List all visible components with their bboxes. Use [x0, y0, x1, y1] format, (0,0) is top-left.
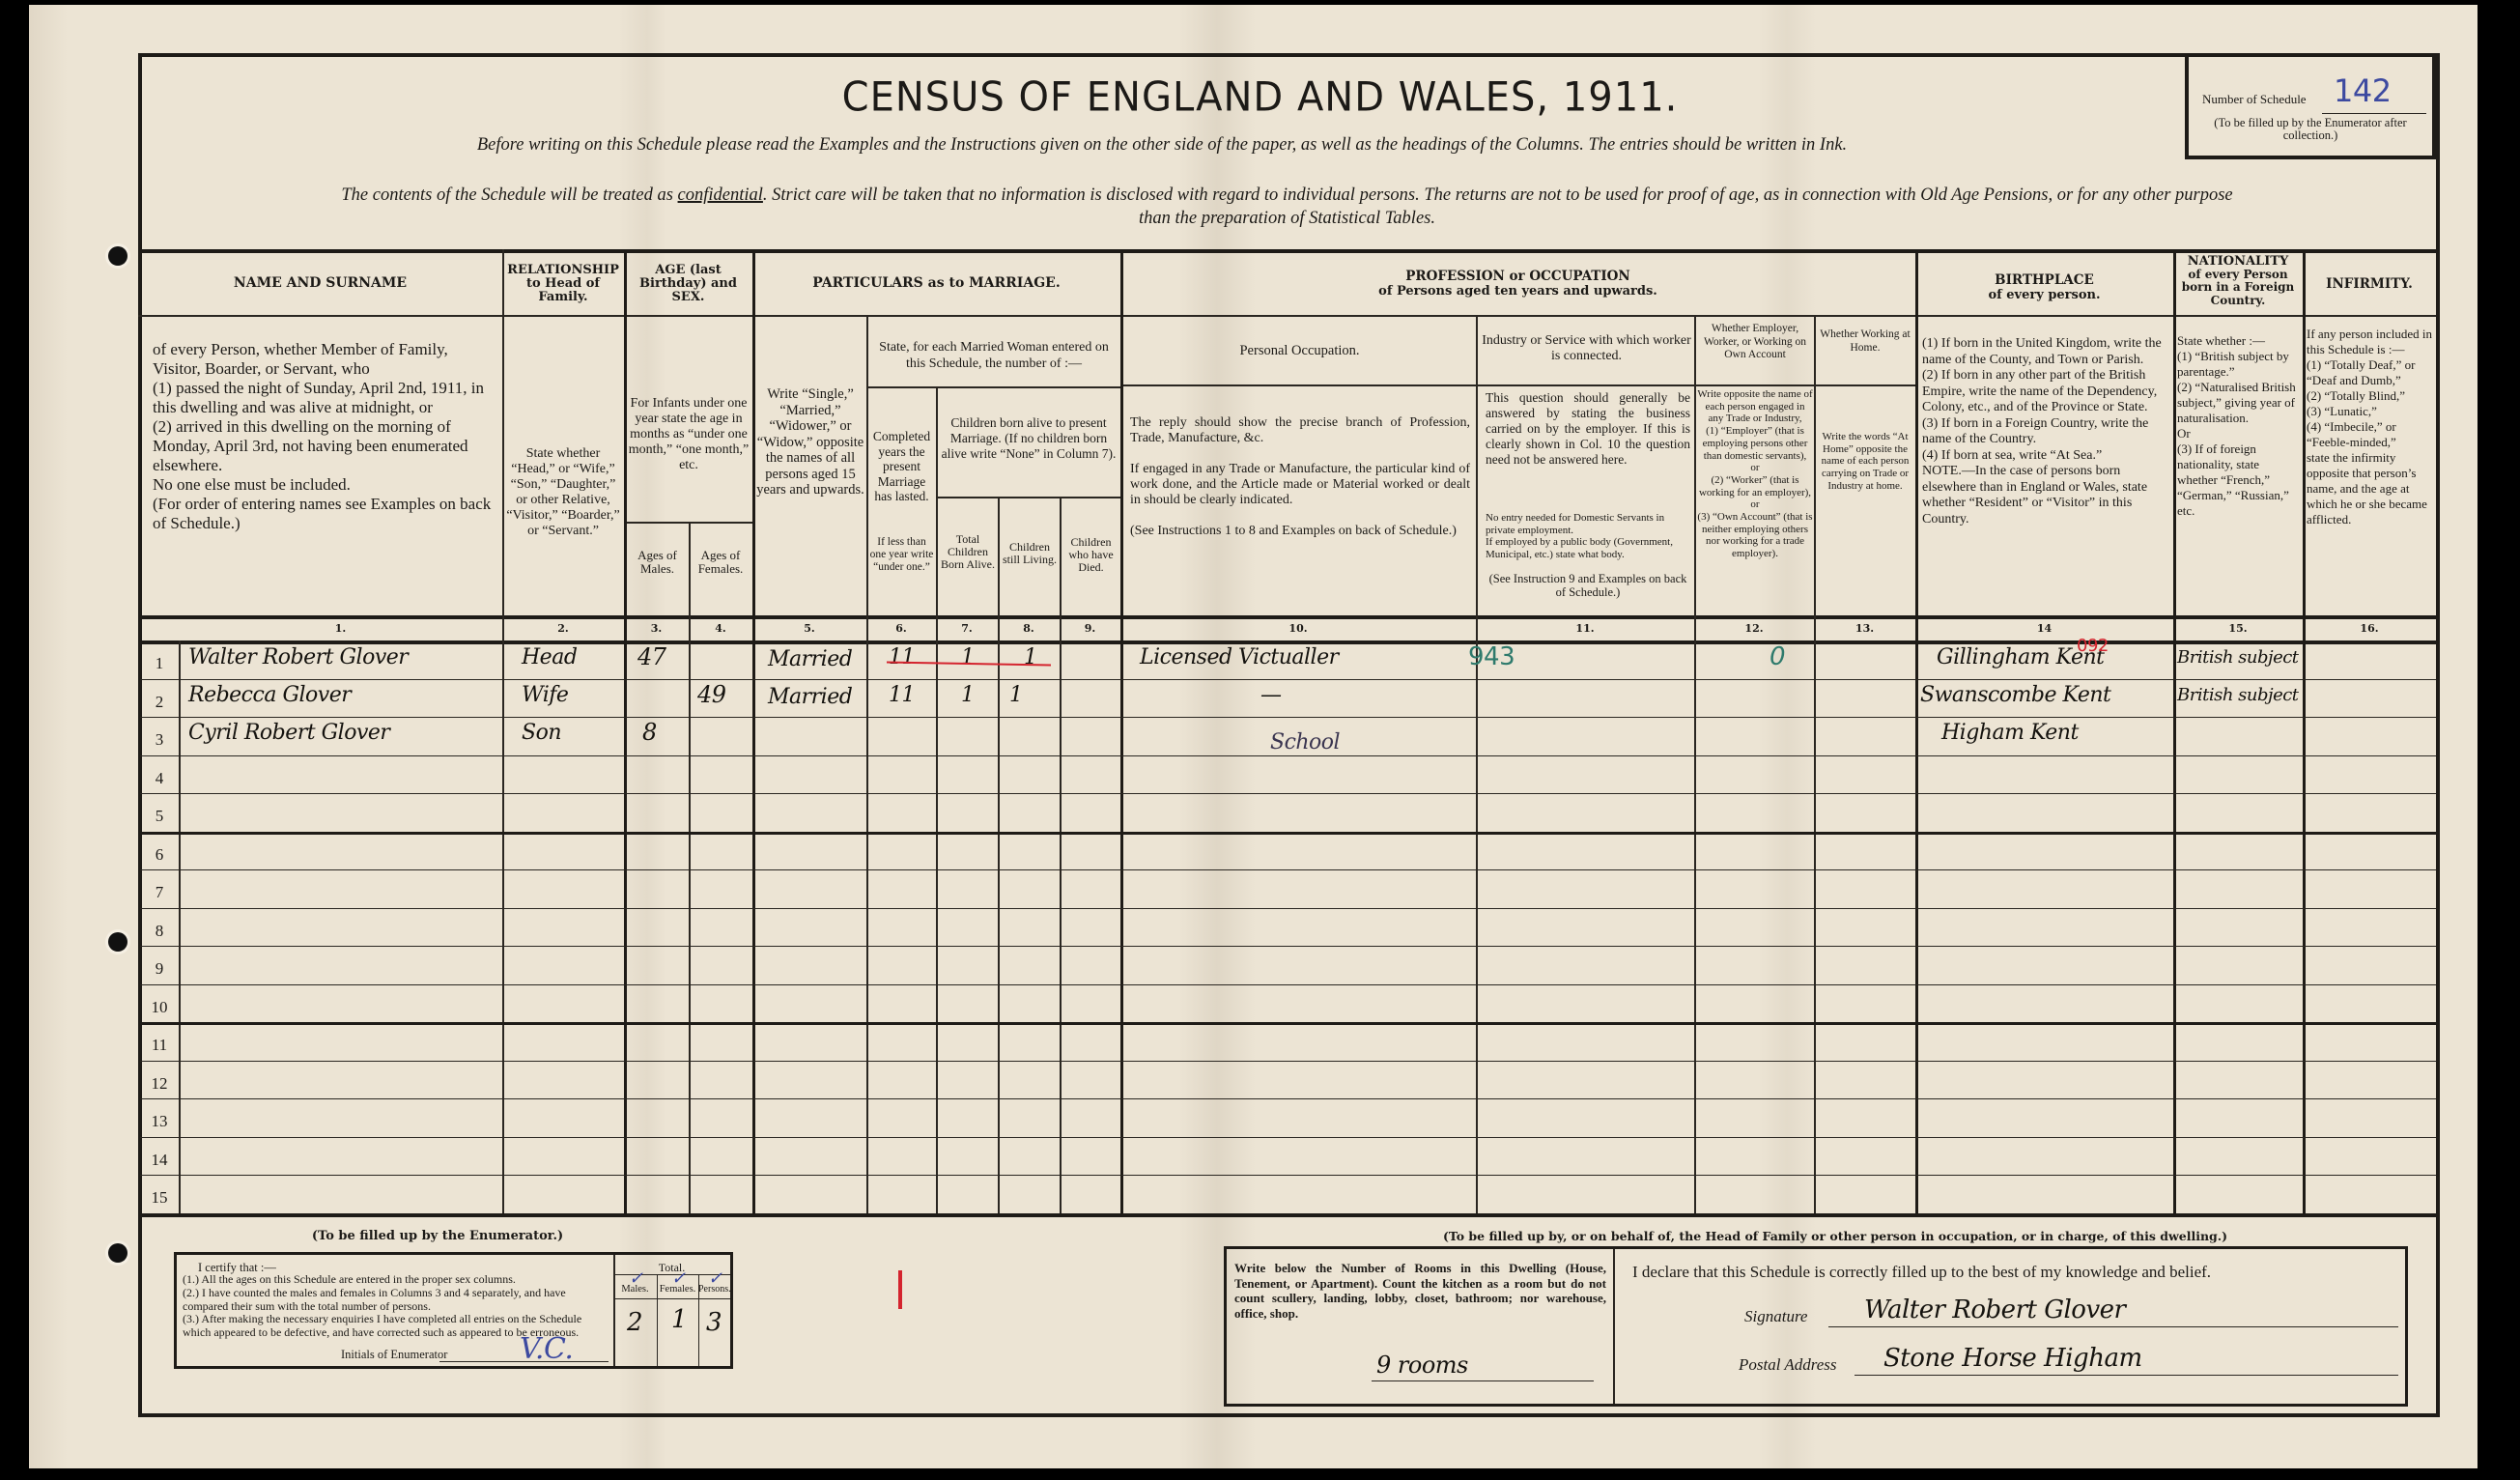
row-number: 7 — [140, 883, 179, 902]
subheader-industry-ref: (See Instruction 9 and Examples on back … — [1486, 572, 1690, 599]
row-number: 11 — [140, 1036, 179, 1055]
row-number: 1 — [140, 654, 179, 673]
row-number: 13 — [140, 1112, 179, 1131]
row-number: 8 — [140, 922, 179, 941]
cell-age-male[interactable]: 47 — [637, 643, 666, 670]
cell-industry-code[interactable]: 943 — [1468, 642, 1515, 671]
punch-hole — [108, 246, 127, 266]
postal-address-value[interactable]: Stone Horse Higham — [1883, 1344, 2142, 1373]
row-divider — [140, 1098, 2436, 1099]
enumerator-heading: (To be filled up by the Enumerator.) — [138, 1229, 737, 1243]
document-title: CENSUS OF ENGLAND AND WALES, 1911. — [0, 74, 2520, 121]
cell-occupation[interactable]: Licensed Victualler — [1140, 645, 1339, 669]
subheader-marital: Write “Single,” “Married,” “Widower,” or… — [755, 386, 865, 498]
cell-age-male[interactable]: 8 — [642, 719, 657, 746]
row-divider — [140, 679, 2436, 680]
row-divider — [140, 1175, 2436, 1176]
subheader-total-born: Total Children Born Alive. — [938, 533, 998, 571]
subheader-infirmity: If any person included in this Schedule … — [2307, 327, 2434, 527]
total-males[interactable]: 2 — [627, 1308, 642, 1337]
row-number: 2 — [140, 693, 179, 712]
signature-value[interactable]: Walter Robert Glover — [1864, 1295, 2125, 1324]
subheader-died: Children who have Died. — [1062, 536, 1120, 574]
subheader-age: For Infants under one year state the age… — [627, 396, 750, 473]
row-number: 4 — [140, 769, 179, 788]
subheader-children-born-group: Children born alive to present Marriage.… — [939, 415, 1118, 462]
cell-children-born[interactable]: 1 — [961, 645, 975, 669]
cell-years-married[interactable]: 11 — [889, 645, 915, 669]
subheader-years-married-note: If less than one year write “under one.” — [868, 536, 935, 574]
check-mark: ✓ — [708, 1268, 722, 1289]
schedule-number-box: Number of Schedule 142 (To be filled up … — [2185, 53, 2436, 159]
cell-children-living[interactable]: 1 — [1024, 645, 1037, 669]
household-heading: (To be filled up by, or on behalf of, th… — [1294, 1229, 2376, 1243]
subheader-employer-worker: Write opposite the name of each person e… — [1697, 388, 1813, 560]
cell-years-married[interactable]: 11 — [889, 683, 915, 707]
subheader-females: Ages of Females. — [689, 549, 752, 576]
confidential-line-2: than the preparation of Statistical Tabl… — [138, 209, 2436, 229]
subheader-industry-note: No entry needed for Domestic Servants in… — [1486, 512, 1690, 560]
confidential-word: confidential — [678, 185, 763, 205]
title-personal-occupation: Personal Occupation. — [1123, 343, 1476, 359]
row-number: 14 — [140, 1151, 179, 1170]
schedule-number-note: (To be filled up by the Enumerator after… — [2196, 117, 2424, 142]
header-infirmity: INFIRMITY. — [2303, 253, 2436, 315]
cell-marriage[interactable]: Married — [768, 685, 852, 709]
schedule-number-label: Number of Schedule — [2202, 92, 2307, 106]
cell-birthplace[interactable]: Higham Kent — [1941, 721, 2079, 745]
schedule-number-value[interactable]: 142 — [2334, 72, 2392, 109]
total-females[interactable]: 1 — [671, 1305, 687, 1334]
check-mark: ✓ — [629, 1268, 643, 1289]
signature-label: Signature — [1744, 1309, 1807, 1323]
cell-birthplace-code[interactable]: 092 — [2077, 636, 2109, 656]
row-number: 5 — [140, 807, 179, 826]
subheader-married-woman: State, for each Married Woman entered on… — [869, 340, 1118, 372]
row-number: 3 — [140, 730, 179, 750]
row-divider — [140, 755, 2436, 756]
postal-address-label: Postal Address — [1739, 1357, 1837, 1372]
cell-age-female[interactable]: 49 — [697, 681, 726, 708]
cell-nationality[interactable]: British subject — [2177, 685, 2299, 705]
header-occupation: PROFESSION or OCCUPATION of Persons aged… — [1120, 269, 1915, 299]
subheader-nationality: State whether :— (1) “British subject by… — [2177, 333, 2301, 519]
subheader-working-home: Write the words “At Home” opposite the n… — [1816, 431, 1914, 493]
cell-name[interactable]: Cyril Robert Glover — [188, 721, 389, 745]
cell-children-living[interactable]: 1 — [1009, 683, 1023, 707]
confidential-line: The contents of the Schedule will be tre… — [138, 185, 2436, 206]
header-marriage: PARTICULARS as to MARRIAGE. — [752, 251, 1120, 315]
header-name: NAME AND SURNAME — [138, 251, 502, 315]
cell-nationality[interactable]: British subject — [2177, 647, 2299, 668]
declaration: I declare that this Schedule is correctl… — [1632, 1265, 2211, 1279]
row-divider — [140, 946, 2436, 947]
cell-relationship[interactable]: Son — [522, 721, 561, 745]
cell-birthplace[interactable]: Swanscombe Kent — [1920, 683, 2110, 707]
subheader-relationship: State whether “Head,” or “Wife,” “Son,” … — [506, 446, 620, 539]
row-divider — [140, 908, 2436, 909]
row-divider — [140, 793, 2436, 794]
row-number: 12 — [140, 1074, 179, 1094]
row-divider — [140, 832, 2436, 835]
row-number: 10 — [140, 998, 179, 1017]
subheader-males: Ages of Males. — [626, 549, 689, 576]
subheader-years-married: Completed years the present Marriage has… — [868, 429, 935, 504]
subheader-name: of every Person, whether Member of Famil… — [153, 340, 496, 533]
cell-name[interactable]: Walter Robert Glover — [188, 645, 408, 669]
row-divider — [140, 869, 2436, 870]
cell-employer-status[interactable]: 0 — [1770, 642, 1785, 671]
punch-hole — [108, 1243, 127, 1263]
row-divider — [140, 1022, 2436, 1025]
title-working-home: Whether Working at Home. — [1816, 328, 1914, 355]
row-number: 9 — [140, 959, 179, 979]
header-age: AGE (last Birthday) and SEX. — [624, 253, 752, 315]
subheader-birthplace: (1) If born in the United Kingdom, write… — [1922, 336, 2169, 527]
cell-marriage[interactable]: Married — [768, 647, 852, 671]
row-divider — [140, 1061, 2436, 1062]
enumerator-box: I certify that :— (1.) All the ages on t… — [174, 1252, 733, 1369]
row-number: 15 — [140, 1188, 179, 1208]
household-box: Write below the Number of Rooms in this … — [1224, 1246, 2408, 1407]
row-divider — [140, 984, 2436, 985]
enumerator-initials[interactable]: V.C. — [520, 1332, 573, 1366]
title-employer-worker: Whether Employer, Worker, or Working on … — [1697, 323, 1813, 362]
title-industry: Industry or Service with which worker is… — [1479, 333, 1694, 364]
subheader-industry: This question should generally be answer… — [1486, 390, 1690, 468]
header-nationality: NATIONALITY of every Person born in a Fo… — [2173, 255, 2303, 307]
row-number: 6 — [140, 845, 179, 865]
punch-hole — [108, 932, 127, 952]
enumerator-initials-label: Initials of Enumerator — [341, 1348, 447, 1362]
total-persons[interactable]: 3 — [706, 1308, 722, 1337]
instruction-line: Before writing on this Schedule please r… — [138, 135, 2186, 156]
cell-occupation[interactable]: — — [1260, 683, 1282, 707]
header-relationship: RELATIONSHIP to Head of Family. — [502, 253, 624, 315]
subheader-occupation: The reply should show the precise branch… — [1130, 415, 1470, 539]
rooms-value[interactable]: 9 rooms — [1376, 1352, 1468, 1379]
check-mark: ✓ — [671, 1268, 686, 1289]
cell-children-born[interactable]: 1 — [961, 683, 975, 707]
row-divider — [140, 1137, 2436, 1138]
row-divider — [140, 717, 2436, 718]
red-pencil-mark — [898, 1270, 902, 1309]
subheader-still-living: Children still Living. — [1000, 541, 1060, 566]
rooms-instruction: Write below the Number of Rooms in this … — [1234, 1261, 1606, 1321]
cell-relationship[interactable]: Head — [522, 645, 577, 669]
cell-relationship[interactable]: Wife — [522, 683, 568, 707]
cell-occupation[interactable]: School — [1270, 730, 1340, 754]
header-birthplace: BIRTHPLACE of every person. — [1915, 272, 2173, 303]
cell-name[interactable]: Rebecca Glover — [188, 683, 351, 707]
